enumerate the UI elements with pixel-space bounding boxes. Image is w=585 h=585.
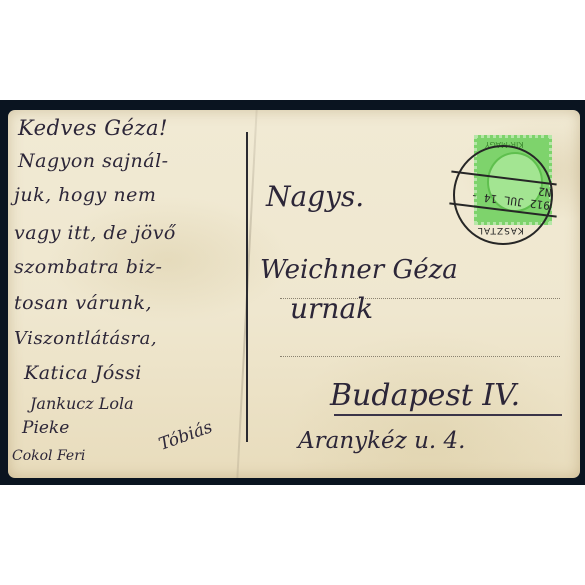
message-line: Viszontlátásra,	[14, 328, 157, 349]
postmark-town: KASZTAL	[477, 225, 524, 235]
signature: Jankucz Lola	[30, 394, 134, 413]
message-line: tosan várunk,	[14, 292, 152, 314]
address-title: urnak	[290, 292, 373, 325]
postcard: Kedves Géza! Nagyon sajnál- juk, hogy ne…	[8, 110, 580, 478]
message-line: juk, hogy nem	[14, 184, 156, 206]
center-divider-line	[246, 132, 248, 442]
address-salutation: Nagys.	[266, 180, 364, 213]
signature: Tóbiás	[156, 417, 215, 455]
signature: Pieke	[22, 418, 69, 438]
message-line: Nagyon sajnál-	[18, 150, 169, 172]
signature: Cokol Feri	[12, 448, 85, 464]
message-line: Katica Jóssi	[24, 362, 142, 384]
address-street: Aranykéz u. 4.	[298, 428, 465, 454]
postmark: 912 JUL 14 -N2 KASZTAL	[453, 145, 553, 245]
message-line: Kedves Géza!	[18, 116, 168, 140]
message-line: szombatra biz-	[14, 256, 162, 278]
address-name: Weichner Géza	[260, 255, 458, 285]
city-underline	[334, 414, 562, 416]
address-line	[280, 356, 560, 357]
message-line: vagy itt, de jövő	[14, 222, 176, 244]
address-city: Budapest IV.	[330, 378, 520, 413]
